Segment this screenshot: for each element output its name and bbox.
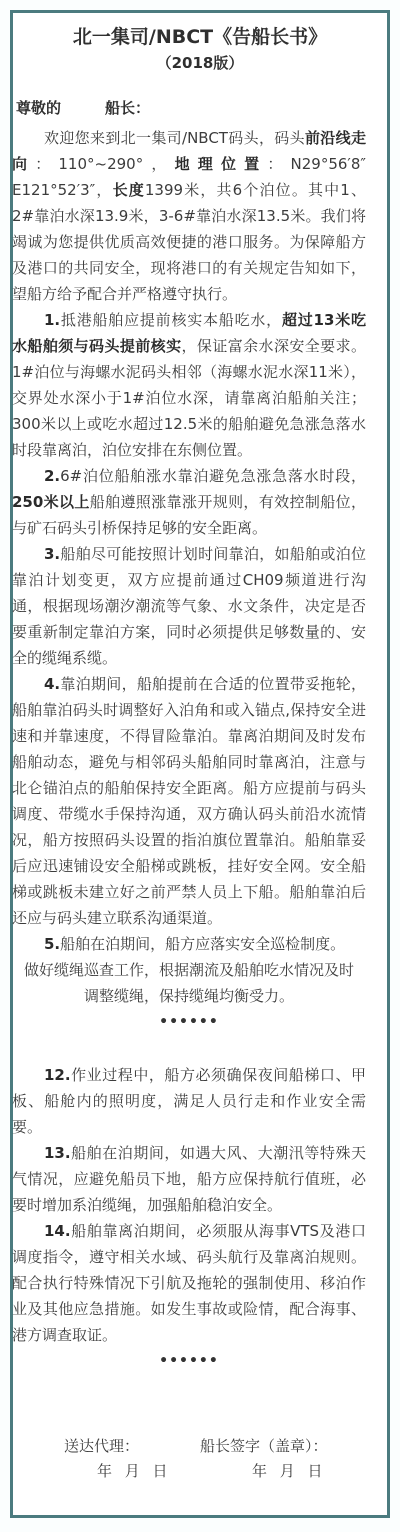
intro-text-4: 1399米，共6个泊位。其中1、2#靠泊水深13.9米，3-6#靠泊水深13.5… [12, 181, 366, 303]
item-text: 6#泊位船舶涨水靠泊避免急涨急落水时段， [60, 467, 366, 485]
item-number: 2. [44, 467, 60, 485]
item-text: 靠泊期间，船舶提前在合适的位置带妥拖轮，船舶靠泊码头时调整好入泊角和或入锚点,保… [12, 675, 366, 927]
agent-date: 年 月 日 [97, 1460, 168, 1481]
item-3: 3.船舶尽可能按照计划时间靠泊，如船舶或泊位靠泊计划变更，双方应提前通过CH09… [12, 541, 366, 671]
item-number: 1. [44, 311, 60, 329]
item-bold: 250米以上 [12, 493, 90, 511]
item-number: 4. [44, 675, 60, 693]
item-text: 船舶靠离泊期间，必须服从海事VTS及港口调度指令，遵守相关水域、码头航行及靠离泊… [12, 1222, 366, 1344]
item-number: 5. [44, 935, 60, 953]
intro-bold-2: 地理位置 [175, 155, 268, 173]
item-12: 12.作业过程中，船方必须确保夜间船梯口、甲板、船舱内的照明度，满足人员行走和作… [12, 1062, 366, 1140]
ellipsis-separator: •••••• [12, 1348, 366, 1374]
item-14: 14.船舶靠离泊期间，必须服从海事VTS及港口调度指令，遵守相关水域、码头航行及… [12, 1218, 366, 1348]
agent-signature-label: 送达代理： [64, 1435, 139, 1456]
document-subtitle: （2018版） [0, 52, 400, 73]
item-5: 5.船舶在泊期间，船方应落实安全巡检制度。 [12, 931, 366, 957]
intro-paragraph: 欢迎您来到北一集司/NBCT码头，码头前沿线走向：110°~290°，地理位置：… [12, 125, 366, 307]
item-4: 4.靠泊期间，船舶提前在合适的位置带妥拖轮，船舶靠泊码头时调整好入泊角和或入锚点… [12, 671, 366, 931]
captain-date: 年 月 日 [252, 1460, 323, 1481]
ellipsis-separator: •••••• [12, 1009, 366, 1035]
item-number: 3. [44, 545, 60, 563]
greeting: 尊敬的船长： [16, 97, 150, 118]
item-text: 船舶尽可能按照计划时间靠泊，如船舶或泊位靠泊计划变更，双方应提前通过CH09频道… [12, 545, 366, 667]
item-text: 抵港船舶应提前核实本船吃水， [60, 311, 282, 329]
document-body-bottom: 12.作业过程中，船方必须确保夜间船梯口、甲板、船舱内的照明度，满足人员行走和作… [12, 1062, 366, 1374]
item-text: ，保证富余水深安全要求。1#泊位与海螺水泥码头相邻（海螺水泥水深11米），交界处… [12, 337, 366, 459]
item-13: 13.船舶在泊期间，如遇大风、大潮汛等特殊天气情况，应避免船员下地，船方应保持航… [12, 1140, 366, 1218]
item-5-line-2: 做好缆绳巡查工作，根据潮流及船舶吃水情况及时 [12, 957, 366, 983]
item-1: 1.抵港船舶应提前核实本船吃水，超过13米吃水船舶须与码头提前核实，保证富余水深… [12, 307, 366, 463]
captain-signature-label: 船长签字（盖章）： [200, 1435, 328, 1456]
item-5-line-3: 调整缆绳，保持缆绳均衡受力。 [12, 983, 366, 1009]
intro-text-1: 欢迎您来到北一集司/NBCT码头，码头 [44, 129, 305, 147]
intro-text-2: ：110°~290°， [35, 155, 174, 173]
item-number: 13. [44, 1144, 71, 1162]
greeting-prefix: 尊敬的 [16, 99, 61, 117]
greeting-suffix: 船长： [105, 99, 150, 117]
document-body-top: 欢迎您来到北一集司/NBCT码头，码头前沿线走向：110°~290°，地理位置：… [12, 125, 366, 1035]
item-number: 12. [44, 1066, 71, 1084]
item-number: 14. [44, 1222, 71, 1240]
item-text: 船舶在泊期间，船方应落实安全巡检制度。 [60, 935, 345, 953]
document-title: 北一集司/NBCT《告船长书》 [0, 22, 400, 49]
item-2: 2.6#泊位船舶涨水靠泊避免急涨急落水时段，250米以上船舶遵照涨靠涨开规则，有… [12, 463, 366, 541]
intro-bold-3: 长度 [113, 181, 145, 199]
